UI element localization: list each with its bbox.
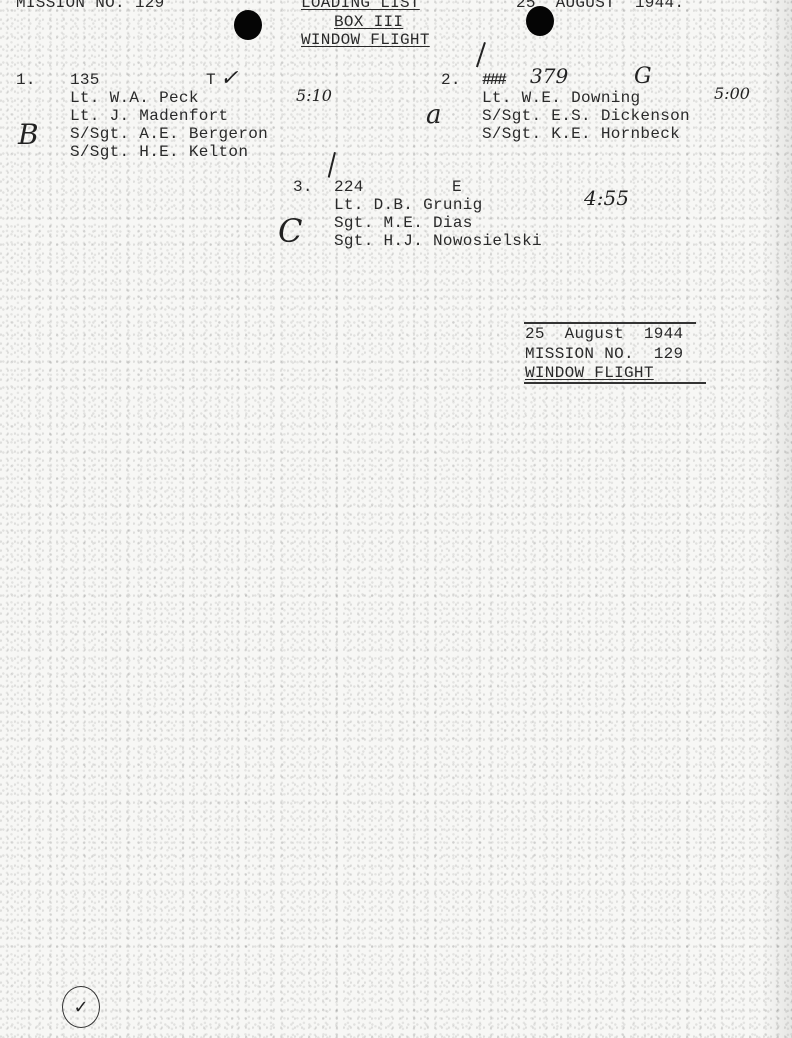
aircraft-letter: G xyxy=(634,64,652,89)
circled-check-icon: ✓ xyxy=(62,986,100,1028)
crew-member: S/Sgt. H.E. Kelton xyxy=(70,143,248,162)
aircraft-letter: T xyxy=(206,71,216,90)
check-mark-icon: ✓ xyxy=(220,66,238,91)
title-box: BOX III xyxy=(334,13,403,32)
handwritten-aircraft-number: 379 xyxy=(530,64,568,88)
aircraft-letter: E xyxy=(452,178,462,197)
crew-member: Sgt. H.J. Nowosielski xyxy=(334,232,542,251)
struck-number: ### xyxy=(482,71,505,90)
crew-member: Lt. D.B. Grunig xyxy=(334,196,483,215)
crew-member: S/Sgt. E.S. Dickenson xyxy=(482,107,690,126)
crew-member: S/Sgt. K.E. Hornbeck xyxy=(482,125,680,144)
stamp-top-rule xyxy=(524,322,696,324)
crew-member: S/Sgt. A.E. Bergeron xyxy=(70,125,268,144)
aircraft-index: 2. xyxy=(441,71,461,90)
stamp-mission: MISSION NO. 129 xyxy=(525,345,683,364)
aircraft-index: 1. xyxy=(16,71,36,90)
stamp-flight: WINDOW FLIGHT xyxy=(525,364,654,383)
handwritten-letter: B xyxy=(18,118,39,151)
aircraft-number: 135 xyxy=(70,71,100,90)
crew-member: Lt. W.E. Downing xyxy=(482,89,640,108)
aircraft-number: 224 xyxy=(334,178,364,197)
aircraft-index: 3. xyxy=(293,178,313,197)
handwritten-time: 5:00 xyxy=(714,84,750,103)
mission-number: MISSION NO. 129 xyxy=(16,0,165,13)
scan-edge-shadow xyxy=(762,0,792,1038)
punch-hole-right xyxy=(526,6,554,36)
handwritten-time: 5:10 xyxy=(296,86,332,105)
handwritten-time: 4:55 xyxy=(584,186,629,210)
title-loading-list: LOADING LIST xyxy=(301,0,420,13)
tick-mark xyxy=(476,42,486,67)
crew-member: Sgt. M.E. Dias xyxy=(334,214,473,233)
tick-mark xyxy=(328,152,336,178)
stamp-bottom-rule xyxy=(524,382,706,384)
handwritten-letter: C xyxy=(278,212,302,250)
crew-member: Lt. W.A. Peck xyxy=(70,89,199,108)
title-window-flight: WINDOW FLIGHT xyxy=(301,31,430,50)
stamp-date: 25 August 1944 xyxy=(525,325,683,344)
handwritten-letter: a xyxy=(426,100,442,130)
crew-member: Lt. J. Madenfort xyxy=(70,107,228,126)
punch-hole-left xyxy=(234,10,262,40)
